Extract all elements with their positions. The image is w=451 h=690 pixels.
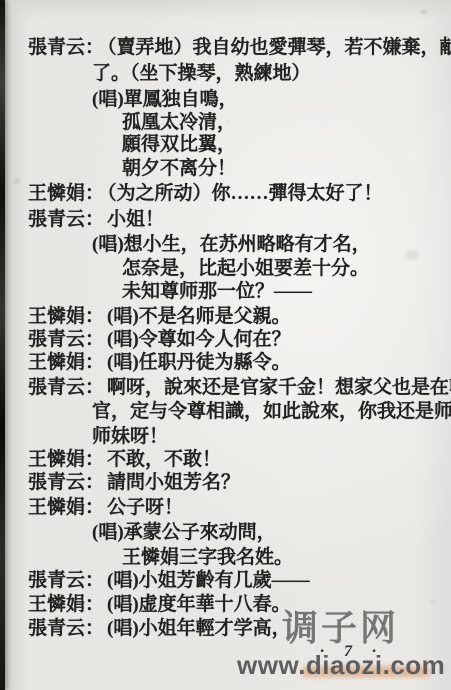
- script-line: (唱)單鳳独自鳴，: [92, 89, 238, 111]
- line-text: 怎奈是，比起小姐要差十分。: [122, 258, 369, 279]
- line-text: (唱)虚度年華十八春。: [107, 594, 291, 615]
- speaker-name: 張青云：: [28, 472, 104, 493]
- speaker-name: 張青云：: [28, 37, 104, 58]
- faint-orange-watermark-remnant: [302, 666, 430, 677]
- line-text: 願得双比翼，: [122, 134, 236, 155]
- script-page: 張青云：（賣弄地）我自幼也愛彈琴，若不嫌棄，献丑了。（坐下操琴，熟練地）(唱)單…: [0, 0, 451, 690]
- script-line: 王憐娟三字我名姓。: [122, 547, 293, 569]
- script-line: 王憐娟：不敢，不敢！: [28, 449, 221, 471]
- script-line: (唱)想小生，在苏州略略有才名，: [92, 234, 371, 256]
- speaker-name: 王憐娟：: [28, 594, 104, 615]
- script-line: 王憐娟：(唱)任职丹徒为縣令。: [28, 352, 291, 374]
- script-line: 朝夕不离分！: [122, 158, 236, 180]
- script-line: 王憐娟：（为之所动）你……彈得太好了！: [28, 183, 383, 205]
- speaker-name: 王憐娟：: [28, 306, 104, 327]
- script-line: 王憐娟：(唱)虚度年華十八春。: [28, 594, 291, 616]
- scan-speck: [405, 250, 419, 260]
- line-text: 公子呀！: [107, 497, 183, 518]
- script-line: 了。（坐下操琴，熟練地）: [92, 63, 311, 85]
- speaker-name: 王憐娟：: [28, 449, 104, 470]
- script-line: 張青云：(唱)小姐芳齡有几歲——: [28, 570, 310, 592]
- line-text: 王憐娟三字我名姓。: [122, 547, 293, 568]
- page-number: · 7 ·: [320, 643, 384, 661]
- script-line: 王憐娟：公子呀！: [28, 497, 183, 519]
- scan-speck: [420, 10, 428, 14]
- line-text: (唱)想小生，在苏州略略有才名，: [92, 234, 371, 255]
- line-text: 請問小姐芳名？: [107, 472, 240, 493]
- script-line: 張青云：請問小姐芳名？: [28, 472, 240, 494]
- script-line: 張青云：小姐！: [28, 209, 164, 231]
- line-text: 官，定与令尊相識，如此說來，你我还是师兄: [92, 401, 451, 422]
- script-line: 王憐娟：(唱)不是名师是父親。: [28, 306, 291, 328]
- speaker-name: 張青云：: [28, 377, 104, 398]
- speaker-name: 張青云：: [28, 209, 104, 230]
- scan-speck: [225, 120, 230, 124]
- line-text: 孤凰太冷清，: [122, 112, 236, 133]
- line-text: (唱)不是名师是父親。: [107, 306, 291, 327]
- page-spine-shadow: [0, 0, 5, 690]
- speaker-name: 王憐娟：: [28, 497, 104, 518]
- line-text: (唱)單鳳独自鳴，: [92, 89, 238, 110]
- watermark-site-name: 调子网: [282, 610, 399, 646]
- script-line: (唱)承蒙公子來动問，: [92, 522, 276, 544]
- line-text: (唱)承蒙公子來动問，: [92, 522, 276, 543]
- line-text: 师妹呀！: [92, 426, 168, 447]
- line-text: 不敢，不敢！: [107, 449, 221, 470]
- script-line: 張青云：啊呀，說來还是官家千金！想家父也是在朝为: [28, 377, 451, 399]
- script-line: 張青云：（賣弄地）我自幼也愛彈琴，若不嫌棄，献丑: [28, 37, 451, 59]
- line-text: (唱)令尊如今人何在？: [107, 329, 291, 350]
- line-text: 小姐！: [107, 209, 164, 230]
- line-text: 啊呀，說來还是官家千金！想家父也是在朝为: [107, 377, 451, 398]
- line-text: (唱)小姐芳齡有几歲——: [107, 570, 310, 591]
- line-text: 未知尊师那一位？——: [122, 281, 312, 302]
- script-line: 張青云：(唱)小姐年輕才学高，: [28, 618, 291, 640]
- line-text: 了。（坐下操琴，熟練地）: [92, 63, 311, 84]
- speaker-name: 張青云：: [28, 329, 104, 350]
- script-line: 孤凰太冷清，: [122, 112, 236, 134]
- script-line: 未知尊师那一位？——: [122, 281, 312, 303]
- line-text: (唱)小姐年輕才学高，: [107, 618, 291, 639]
- script-line: 官，定与令尊相識，如此說來，你我还是师兄: [92, 401, 451, 423]
- speaker-name: 王憐娟：: [28, 352, 104, 373]
- line-text: 朝夕不离分！: [122, 158, 236, 179]
- scan-speck: [430, 600, 436, 604]
- line-text: （賣弄地）我自幼也愛彈琴，若不嫌棄，献丑: [107, 37, 451, 58]
- line-text: (唱)任职丹徒为縣令。: [107, 352, 291, 373]
- scan-speck: [14, 178, 20, 184]
- script-line: 張青云：(唱)令尊如今人何在？: [28, 329, 291, 351]
- speaker-name: 張青云：: [28, 618, 104, 639]
- speaker-name: 王憐娟：: [28, 183, 104, 204]
- script-line: 师妹呀！: [92, 426, 168, 448]
- speaker-name: 張青云：: [28, 570, 104, 591]
- script-line: 願得双比翼，: [122, 134, 236, 156]
- script-line: 怎奈是，比起小姐要差十分。: [122, 258, 369, 280]
- line-text: （为之所动）你……彈得太好了！: [107, 183, 383, 204]
